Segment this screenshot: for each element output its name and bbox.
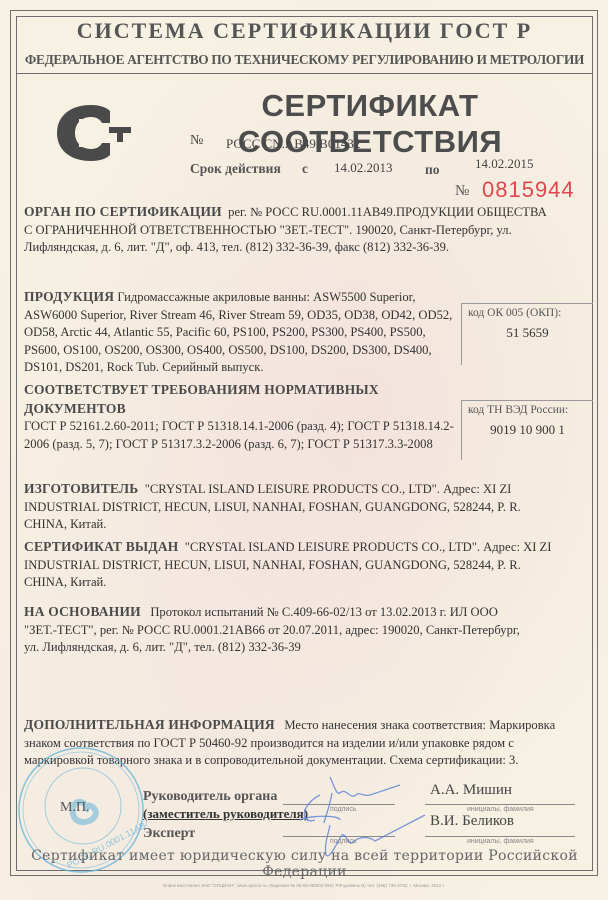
expert-name-line xyxy=(425,836,575,837)
head-name-line xyxy=(425,804,575,805)
issued-to-section: СЕРТИФИКАТ ВЫДАН "CRYSTAL ISLAND LEISURE… xyxy=(24,538,554,592)
tnved-code-label: код ТН ВЭД России: xyxy=(468,404,593,416)
deputy-head-label: (заместитель руководителя) xyxy=(143,806,308,822)
issued-to-heading: СЕРТИФИКАТ ВЫДАН xyxy=(24,539,179,554)
document-title: СЕРТИФИКАТ СООТВЕТСТВИЯ xyxy=(150,88,590,160)
product-section: ПРОДУКЦИЯ Гидромассажные акриловые ванны… xyxy=(24,288,454,377)
system-title: СИСТЕМА СЕРТИФИКАЦИИ ГОСТ Р xyxy=(16,18,593,44)
manufacturer-heading: ИЗГОТОВИТЕЛЬ xyxy=(24,481,138,496)
printer-note: Бланк изготовлен ЗАО "ОПЦИОН", www.opcio… xyxy=(0,883,608,888)
agency-title: ФЕДЕРАЛЬНОЕ АГЕНТСТВО ПО ТЕХНИЧЕСКОМУ РЕ… xyxy=(16,52,593,68)
expert-name: В.И. Беликов xyxy=(430,813,514,830)
head-signature-line xyxy=(283,804,395,805)
tnved-code-box: код ТН ВЭД России: 9019 10 900 1 xyxy=(461,400,593,460)
basis-section: НА ОСНОВАНИИ Протокол испытаний № С.409-… xyxy=(24,603,524,657)
okp-code-value: 51 5659 xyxy=(462,325,593,341)
valid-to-date: 14.02.2015 xyxy=(475,156,534,172)
serial-label: № xyxy=(455,183,469,200)
okp-code-label: код ОК 005 (ОКП): xyxy=(468,307,593,319)
head-name: А.А. Мишин xyxy=(430,782,512,799)
compliance-heading: СООТВЕТСТВУЕТ ТРЕБОВАНИЯМ НОРМАТИВНЫХ ДО… xyxy=(24,382,379,416)
okp-code-box: код ОК 005 (ОКП): 51 5659 xyxy=(461,303,593,365)
legal-validity-note: Сертификат имеет юридическую силу на все… xyxy=(16,848,593,880)
head-name-caption: инициалы, фамилия xyxy=(467,806,534,813)
certification-body-heading: ОРГАН ПО СЕРТИФИКАЦИИ xyxy=(24,204,222,219)
header-divider xyxy=(16,73,593,74)
manufacturer-section: ИЗГОТОВИТЕЛЬ "CRYSTAL ISLAND LEISURE PRO… xyxy=(24,480,554,534)
stamp-placeholder-label: М.П. xyxy=(60,800,90,816)
expert-name-caption: инициалы, фамилия xyxy=(467,838,534,845)
number-label: № xyxy=(190,133,203,149)
tnved-code-value: 9019 10 900 1 xyxy=(462,422,593,438)
head-of-body-label: Руководитель органа xyxy=(143,789,277,805)
rst-logo-icon xyxy=(55,103,133,163)
expert-signature-line xyxy=(283,836,395,837)
valid-from-label: с xyxy=(302,161,308,177)
expert-label: Эксперт xyxy=(143,826,195,842)
head-signature-caption: подпись xyxy=(330,806,356,813)
certificate-number: РОСС CN.AB49.B01432 xyxy=(226,136,360,152)
product-heading: ПРОДУКЦИЯ xyxy=(24,289,114,304)
compliance-section: СООТВЕТСТВУЕТ ТРЕБОВАНИЯМ НОРМАТИВНЫХ ДО… xyxy=(24,381,464,453)
additional-info-heading: ДОПОЛНИТЕЛЬНАЯ ИНФОРМАЦИЯ xyxy=(24,717,275,732)
certification-body-section: ОРГАН ПО СЕРТИФИКАЦИИ рег. № РОСС RU.000… xyxy=(24,203,554,257)
compliance-text: ГОСТ Р 52161.2.60-2011; ГОСТ Р 51318.14.… xyxy=(24,419,454,451)
basis-heading: НА ОСНОВАНИИ xyxy=(24,604,141,619)
valid-to-label: по xyxy=(425,162,440,178)
valid-from-date: 14.02.2013 xyxy=(334,160,393,176)
serial-number: 0815944 xyxy=(482,177,575,203)
validity-label: Срок действия xyxy=(190,161,281,177)
expert-signature-caption: подпись xyxy=(330,838,356,845)
